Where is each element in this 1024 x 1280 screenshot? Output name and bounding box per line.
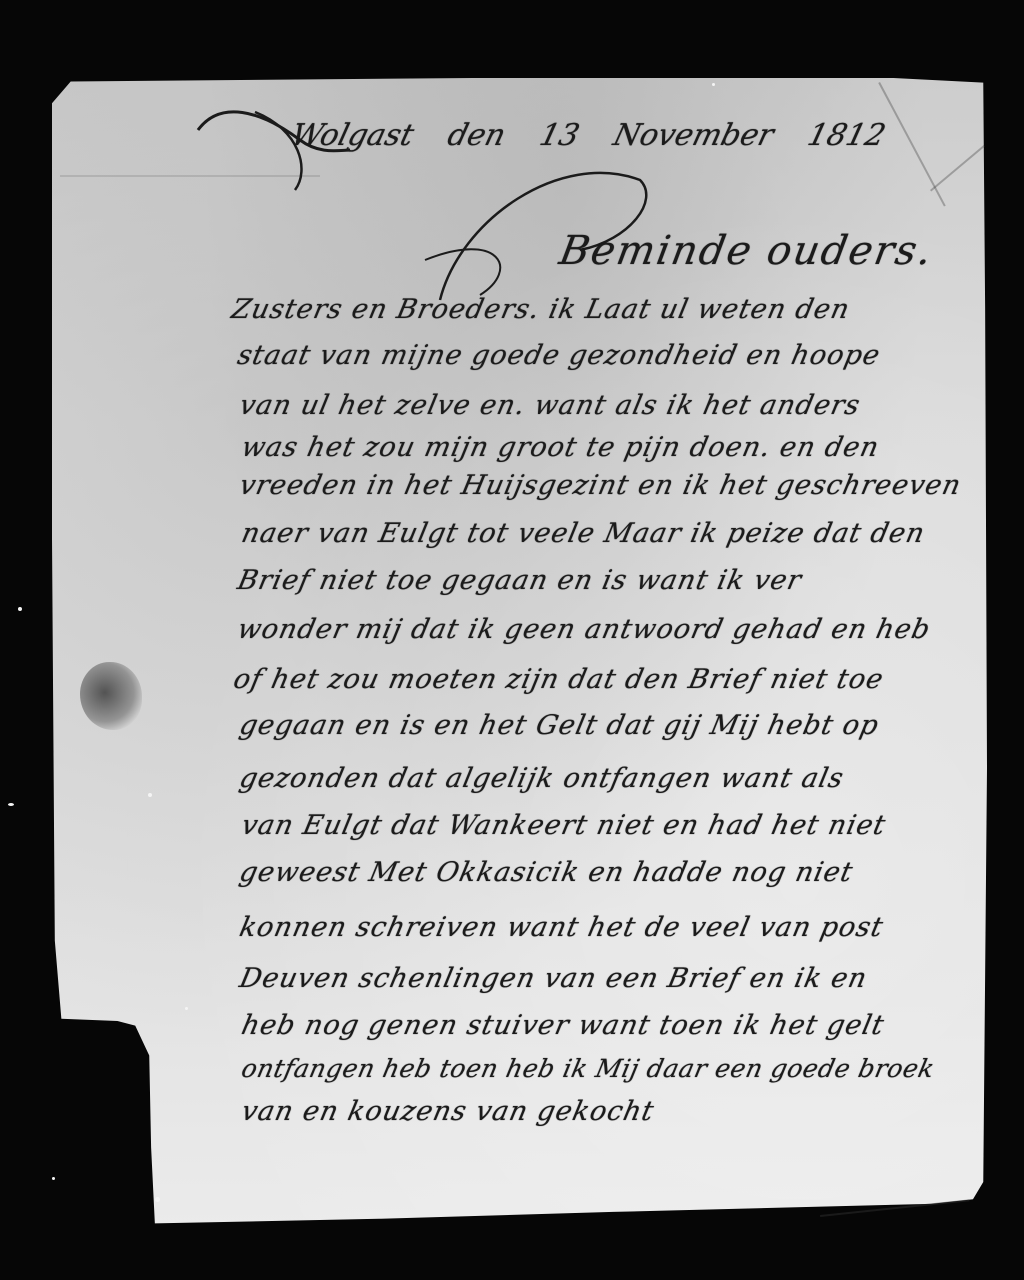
letter-line: was het zou mijn groot te pijn doen. en …: [239, 432, 883, 463]
letter-line: Zusters en Broeders. ik Laat ul weten de…: [229, 294, 853, 325]
letter-line: heb nog genen stuiver want toen ik het g…: [239, 1010, 888, 1041]
letter-line: van ul het zelve en. want als ik het and…: [237, 390, 864, 421]
letter-place-date: Wolgast den 13 November 1812: [288, 118, 889, 153]
letter-text: Wolgast den 13 November 1812 Beminde oud…: [0, 0, 1024, 1280]
letter-line: konnen schreiven want het de veel van po…: [237, 912, 887, 943]
letter-line: naer van Eulgt tot veele Maar ik peize d…: [239, 518, 928, 549]
letter-line: geweest Met Okkasicik en hadde nog niet: [237, 857, 856, 888]
letter-line: gegaan en is en het Gelt dat gij Mij heb…: [237, 710, 882, 741]
letter-line: gezonden dat algelijk ontfangen want als: [237, 763, 847, 794]
letter-salutation: Beminde ouders.: [556, 228, 937, 274]
letter-line: wonder mij dat ik geen antwoord gehad en…: [235, 614, 934, 645]
letter-line: van en kouzens van gekocht: [239, 1096, 657, 1127]
letter-line: staat van mijne goede gezondheid en hoop…: [235, 340, 884, 371]
letter-line: of het zou moeten zijn dat den Brief nie…: [231, 664, 887, 695]
scanned-page: Wolgast den 13 November 1812 Beminde oud…: [0, 0, 1024, 1280]
letter-line: Deuven schenlingen van een Brief en ik e…: [237, 963, 871, 994]
letter-line: Brief niet toe gegaan en is want ik ver: [235, 565, 805, 596]
letter-line: van Eulgt dat Wankeert niet en had het n…: [239, 810, 889, 841]
letter-line: vreeden in het Huijsgezint en ik het ges…: [237, 470, 965, 501]
letter-line: ontfangen heb toen heb ik Mij daar een g…: [239, 1054, 937, 1083]
